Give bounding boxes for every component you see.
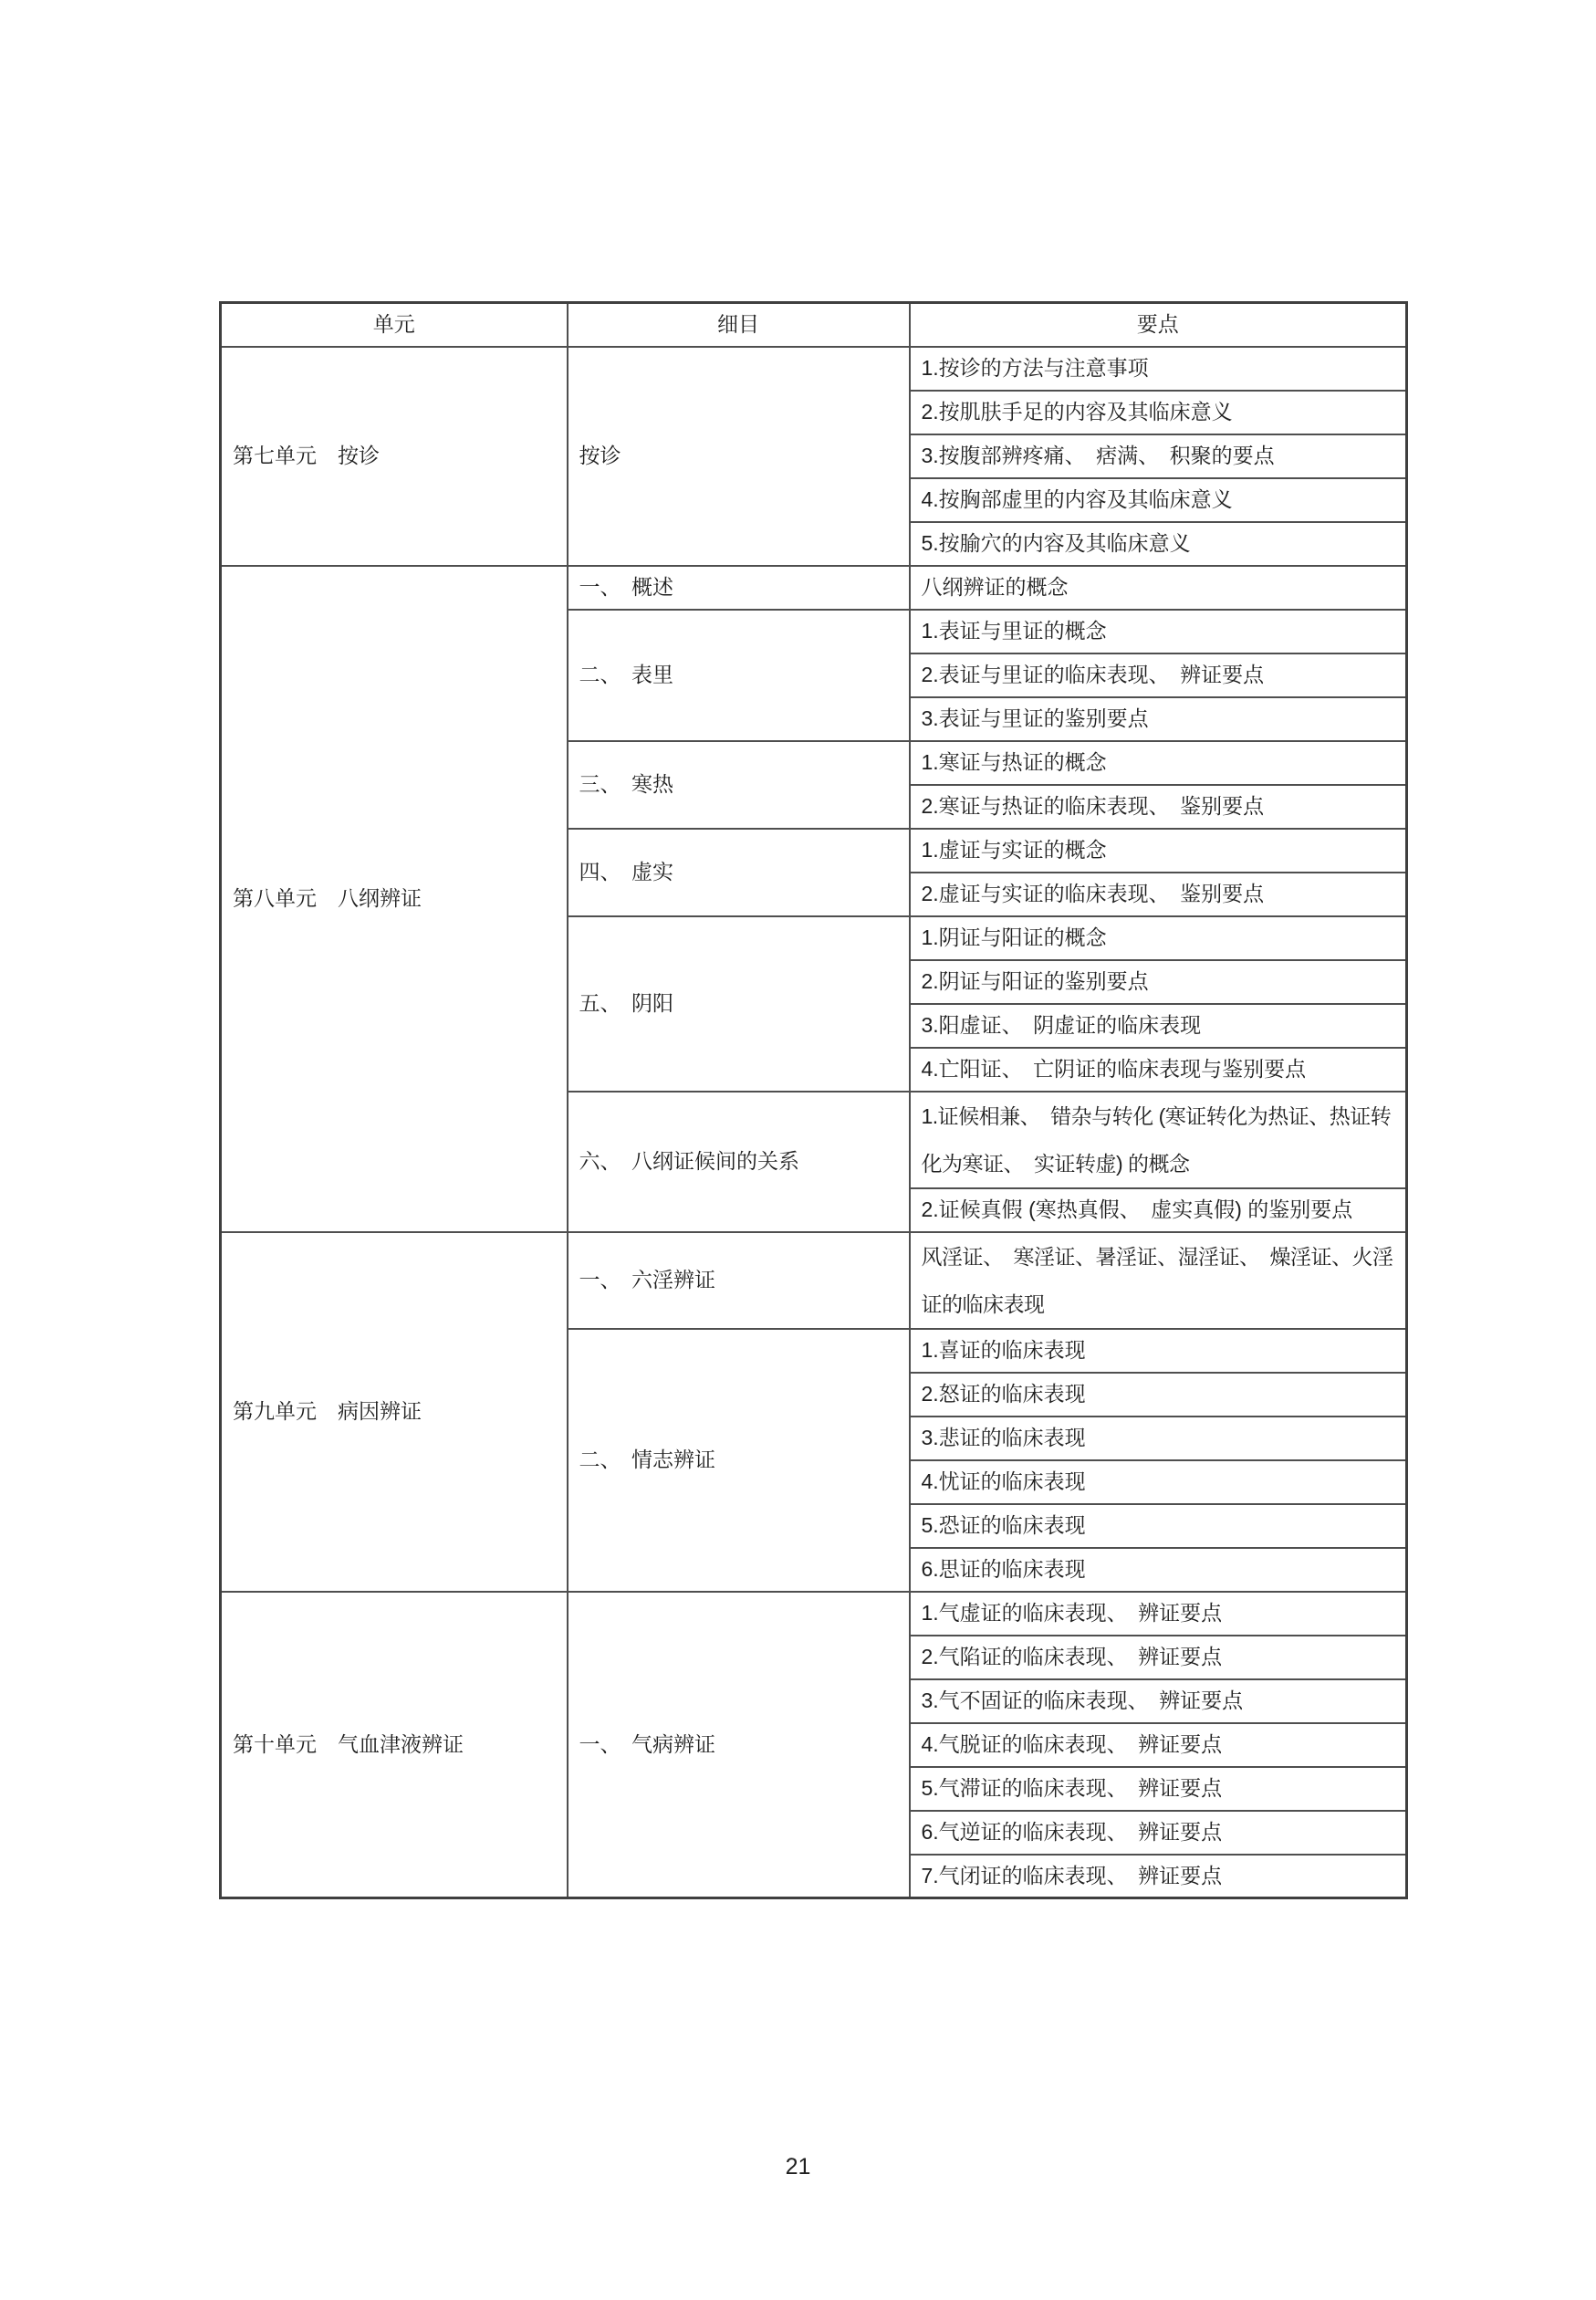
unit-cell: 第十单元 气血津液辨证 xyxy=(221,1592,568,1898)
header-point: 要点 xyxy=(910,303,1407,347)
point-cell: 4.忧证的临床表现 xyxy=(910,1460,1407,1504)
point-cell: 3.阳虚证、 阴虚证的临床表现 xyxy=(910,1004,1407,1048)
point-cell: 2.寒证与热证的临床表现、 鉴别要点 xyxy=(910,785,1407,829)
syllabus-table: 单元 细目 要点 第七单元 按诊按诊1.按诊的方法与注意事项2.按肌肤手足的内容… xyxy=(219,301,1408,1899)
item-cell: 三、 寒热 xyxy=(568,741,910,829)
item-cell: 五、 阴阳 xyxy=(568,916,910,1092)
point-cell: 2.虚证与实证的临床表现、 鉴别要点 xyxy=(910,873,1407,916)
point-cell: 2.按肌肤手足的内容及其临床意义 xyxy=(910,391,1407,434)
table-row: 第十单元 气血津液辨证一、 气病辨证1.气虚证的临床表现、 辨证要点 xyxy=(221,1592,1407,1636)
point-cell: 1.阴证与阳证的概念 xyxy=(910,916,1407,960)
item-cell: 六、 八纲证候间的关系 xyxy=(568,1092,910,1232)
point-cell: 1.证候相兼、 错杂与转化 (寒证转化为热证、热证转化为寒证、 实证转虚) 的概… xyxy=(910,1092,1407,1188)
unit-cell: 第九单元 病因辨证 xyxy=(221,1232,568,1592)
point-cell: 4.按胸部虚里的内容及其临床意义 xyxy=(910,478,1407,522)
point-cell: 1.表证与里证的概念 xyxy=(910,610,1407,653)
point-cell: 1.按诊的方法与注意事项 xyxy=(910,347,1407,391)
item-cell: 二、 表里 xyxy=(568,610,910,741)
unit-cell: 第八单元 八纲辨证 xyxy=(221,566,568,1232)
point-cell: 风淫证、 寒淫证、暑淫证、湿淫证、 燥淫证、火淫证的临床表现 xyxy=(910,1232,1407,1329)
point-cell: 4.气脱证的临床表现、 辨证要点 xyxy=(910,1723,1407,1767)
point-cell: 1.气虚证的临床表现、 辨证要点 xyxy=(910,1592,1407,1636)
point-cell: 八纲辨证的概念 xyxy=(910,566,1407,610)
point-cell: 5.按腧穴的内容及其临床意义 xyxy=(910,522,1407,566)
table-row: 第七单元 按诊按诊1.按诊的方法与注意事项 xyxy=(221,347,1407,391)
point-cell: 7.气闭证的临床表现、 辨证要点 xyxy=(910,1855,1407,1898)
point-cell: 5.恐证的临床表现 xyxy=(910,1504,1407,1548)
item-cell: 一、 六淫辨证 xyxy=(568,1232,910,1329)
table-header-row: 单元 细目 要点 xyxy=(221,303,1407,347)
item-cell: 二、 情志辨证 xyxy=(568,1329,910,1592)
point-cell: 2.怒证的临床表现 xyxy=(910,1373,1407,1417)
point-cell: 3.气不固证的临床表现、 辨证要点 xyxy=(910,1679,1407,1723)
point-cell: 2.气陷证的临床表现、 辨证要点 xyxy=(910,1636,1407,1679)
point-cell: 6.气逆证的临床表现、 辨证要点 xyxy=(910,1811,1407,1855)
header-unit: 单元 xyxy=(221,303,568,347)
point-cell: 1.寒证与热证的概念 xyxy=(910,741,1407,785)
point-cell: 2.表证与里证的临床表现、 辨证要点 xyxy=(910,653,1407,697)
point-cell: 2.证候真假 (寒热真假、 虚实真假) 的鉴别要点 xyxy=(910,1188,1407,1232)
point-cell: 1.虚证与实证的概念 xyxy=(910,829,1407,873)
point-cell: 4.亡阳证、 亡阴证的临床表现与鉴别要点 xyxy=(910,1048,1407,1092)
point-cell: 5.气滞证的临床表现、 辨证要点 xyxy=(910,1767,1407,1811)
point-cell: 3.按腹部辨疼痛、 痞满、 积聚的要点 xyxy=(910,434,1407,478)
table-row: 第九单元 病因辨证一、 六淫辨证风淫证、 寒淫证、暑淫证、湿淫证、 燥淫证、火淫… xyxy=(221,1232,1407,1329)
page-number: 21 xyxy=(0,2154,1596,2180)
point-cell: 3.表证与里证的鉴别要点 xyxy=(910,697,1407,741)
item-cell: 四、 虚实 xyxy=(568,829,910,916)
point-cell: 3.悲证的临床表现 xyxy=(910,1417,1407,1460)
item-cell: 一、 气病辨证 xyxy=(568,1592,910,1898)
point-cell: 6.思证的临床表现 xyxy=(910,1548,1407,1592)
point-cell: 1.喜证的临床表现 xyxy=(910,1329,1407,1373)
unit-cell: 第七单元 按诊 xyxy=(221,347,568,566)
point-cell: 2.阴证与阳证的鉴别要点 xyxy=(910,960,1407,1004)
document-page: 单元 细目 要点 第七单元 按诊按诊1.按诊的方法与注意事项2.按肌肤手足的内容… xyxy=(0,0,1596,2300)
item-cell: 按诊 xyxy=(568,347,910,566)
table-row: 第八单元 八纲辨证一、 概述八纲辨证的概念 xyxy=(221,566,1407,610)
item-cell: 一、 概述 xyxy=(568,566,910,610)
header-item: 细目 xyxy=(568,303,910,347)
